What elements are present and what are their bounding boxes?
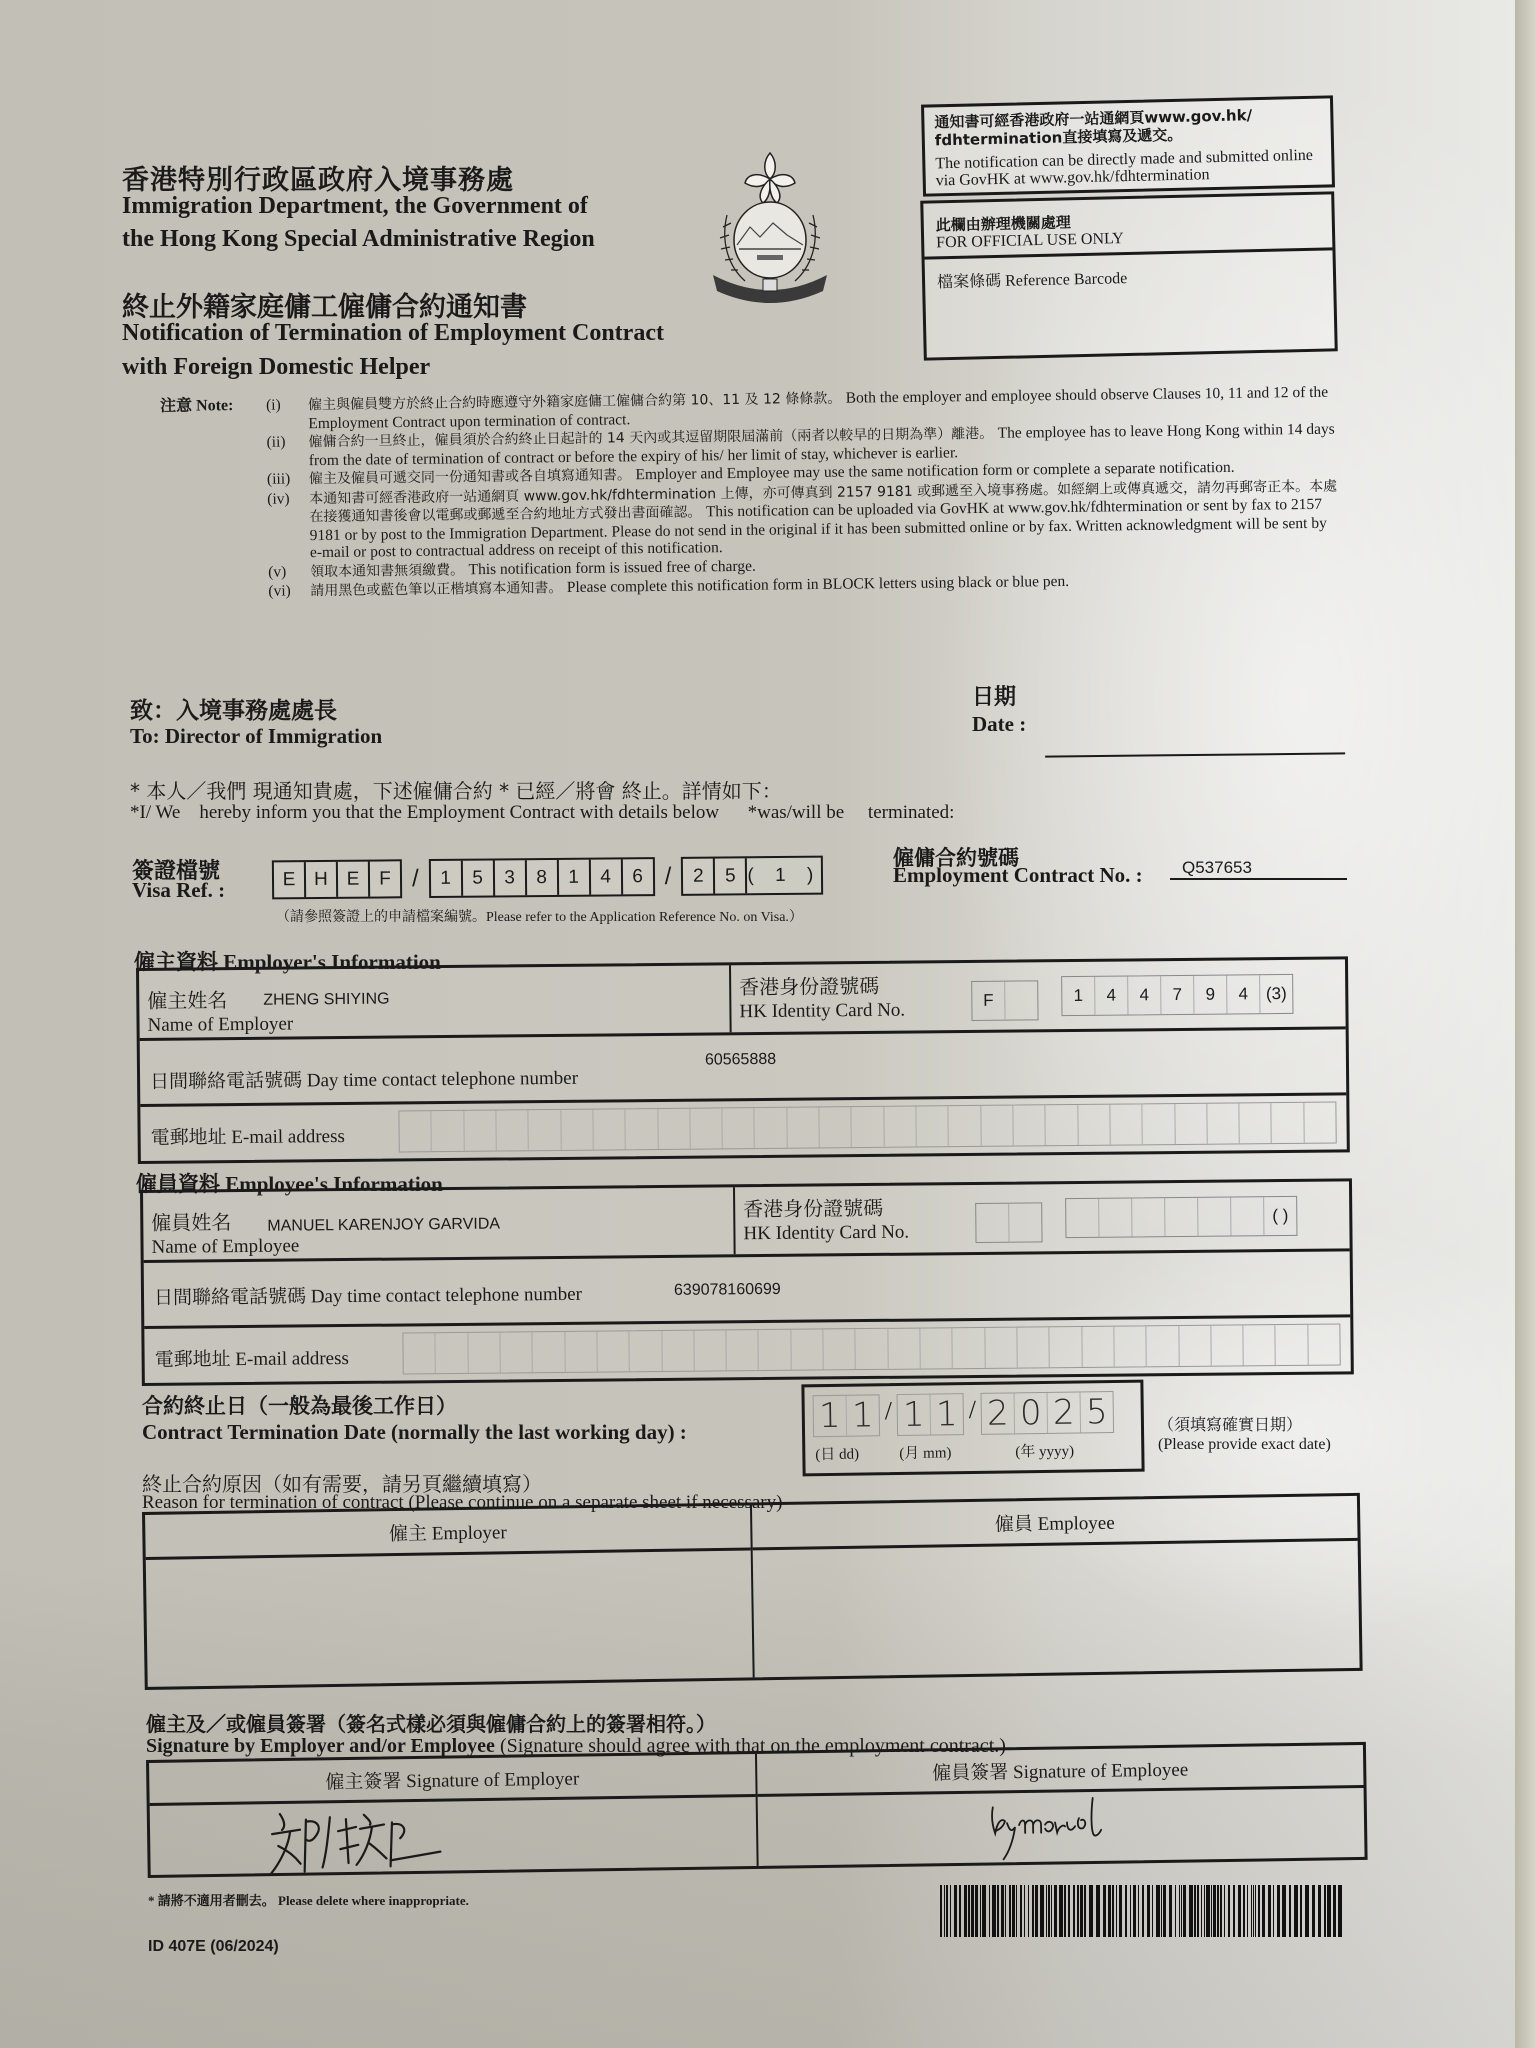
date-cell[interactable]: 1 <box>931 1394 964 1434</box>
employee-signature-icon <box>983 1791 1144 1865</box>
visa-ref-field[interactable]: EHEF / 1538146 / 25( 1 ) <box>272 856 824 900</box>
date-cell[interactable]: 5 <box>1081 1392 1114 1432</box>
date-cell[interactable]: 2 <box>1048 1392 1082 1432</box>
employee-info-table: 僱員姓名 MANUEL KARENJOY GARVIDA Name of Emp… <box>140 1178 1354 1386</box>
department-name-en-line2: the Hong Kong Special Administrative Reg… <box>122 226 595 253</box>
employer-id-digit-cells[interactable]: 144794(3) <box>1061 974 1293 1016</box>
visa-ref-cell[interactable]: 6 <box>623 859 653 894</box>
id-cell[interactable]: 4 <box>1128 976 1161 1014</box>
employee-id-label-cn: 香港身份證號碼 <box>743 1192 883 1222</box>
employer-name-input[interactable]: ZHENG SHIYING <box>263 991 389 1010</box>
contract-no-label-en: Employment Contract No. : <box>893 863 1143 888</box>
signature-table: 僱主簽署 Signature of Employer 僱員簽署 Signatur… <box>146 1742 1368 1878</box>
termination-year-cells[interactable]: 2025 <box>981 1391 1115 1435</box>
visa-ref-cell[interactable]: E <box>338 862 370 897</box>
form-id: ID 407E (06/2024) <box>148 1938 279 1956</box>
date-input[interactable] <box>1045 730 1345 757</box>
date-cell[interactable]: 2 <box>982 1393 1016 1433</box>
termination-date-label-cn: 合約終止日（一般為最後工作日） <box>142 1390 457 1420</box>
visa-ref-year-cells[interactable]: 25( 1 ) <box>681 856 823 896</box>
month-label: (月 mm) <box>899 1441 951 1463</box>
termination-date-field[interactable]: 11 / 11 / 2025 (日 dd) (月 mm) (年 yyyy) <box>801 1380 1144 1477</box>
reason-employer-input[interactable] <box>146 1550 753 1686</box>
employee-name-input[interactable]: MANUEL KARENJOY GARVIDA <box>267 1216 500 1236</box>
id-cell[interactable]: 4 <box>1095 976 1128 1014</box>
date-label-en: Date : <box>972 712 1026 737</box>
day-label: (日 dd) <box>815 1443 859 1465</box>
visa-ref-prefix-cells[interactable]: EHEF <box>272 859 402 899</box>
department-name-cn: 香港特別行政區政府入境事務處 <box>122 158 514 197</box>
id-cell[interactable] <box>1165 1198 1198 1236</box>
visa-ref-cell[interactable]: H <box>306 862 338 897</box>
visa-ref-cell[interactable]: 8 <box>527 860 559 895</box>
official-use-box: 此欄由辦理機關處理 FOR OFFICIAL USE ONLY 檔案條碼 Ref… <box>920 191 1338 360</box>
online-submission-notice: 通知書可經香港政府一站通網頁www.gov.hk/ fdhtermination… <box>921 95 1335 196</box>
employee-email-label: 電郵地址 E-mail address <box>154 1343 348 1372</box>
form-title-en-line2: with Foreign Domestic Helper <box>122 354 430 381</box>
note-number: (v) <box>268 563 286 581</box>
date-separator: / <box>969 1395 977 1425</box>
addressee-en: To: Director of Immigration <box>130 724 382 749</box>
id-cell[interactable]: ( ) <box>1264 1197 1296 1235</box>
employee-id-prefix-cells[interactable] <box>975 1202 1042 1243</box>
employee-phone-input[interactable]: 639078160699 <box>674 1281 781 1300</box>
signature-label-cn: 僱主及／或僱員簽署（簽名式樣必須與僱傭合約上的簽署相符。） <box>146 1708 716 1737</box>
id-cell[interactable]: 1 <box>1062 977 1095 1015</box>
employee-name-label-cn: 僱員姓名 <box>151 1206 231 1236</box>
id-cell[interactable]: F <box>972 982 1005 1020</box>
visa-ref-separator: / <box>412 865 419 893</box>
signature-label-en-main: Signature by Employer and/or Employee <box>146 1735 495 1757</box>
employer-id-label-en: HK Identity Card No. <box>739 1000 905 1024</box>
visa-ref-cell[interactable]: 2 <box>683 859 715 894</box>
employer-signature-field[interactable] <box>150 1797 757 1875</box>
visa-ref-cell[interactable]: 4 <box>591 859 623 894</box>
id-cell[interactable] <box>1231 1197 1264 1235</box>
note-text-en: This notification form is issued free of… <box>468 557 755 578</box>
date-label-cn: 日期 <box>972 680 1016 711</box>
online-notice-cn: 通知書可經香港政府一站通網頁www.gov.hk/ fdhtermination… <box>934 105 1321 150</box>
visa-ref-hint: （請參照簽證上的申請檔案編號。Please refer to the Appli… <box>276 906 803 926</box>
id-cell[interactable] <box>1132 1198 1165 1236</box>
employee-signature-field[interactable] <box>758 1788 1365 1866</box>
employer-email-label: 電郵地址 E-mail address <box>150 1121 344 1150</box>
termination-day-cells[interactable]: 11 <box>813 1394 881 1437</box>
visa-ref-number-cells[interactable]: 1538146 <box>429 857 655 898</box>
reason-employee-input[interactable] <box>753 1541 1360 1677</box>
inform-statement-cn: * 本人／我們 現通知貴處，下述僱傭合約 * 已經／將會 終止。詳情如下： <box>130 775 782 804</box>
year-label: (年 yyyy) <box>1015 1440 1074 1462</box>
online-notice-en: The notification can be directly made an… <box>935 147 1322 190</box>
id-cell[interactable]: 7 <box>1161 976 1194 1014</box>
id-cell[interactable] <box>1099 1198 1132 1236</box>
employee-id-label-en: HK Identity Card No. <box>743 1222 909 1246</box>
immigration-emblem-icon <box>705 145 835 305</box>
employee-name-label-en: Name of Employee <box>151 1235 299 1258</box>
id-cell[interactable] <box>1009 1203 1041 1241</box>
note-number: (iii) <box>267 470 290 488</box>
department-name-en-line1: Immigration Department, the Government o… <box>122 193 588 220</box>
exact-date-note-en: (Please provide exact date) <box>1158 1436 1331 1454</box>
form-title-en-line1: Notification of Termination of Employmen… <box>122 320 664 347</box>
employer-email-input[interactable] <box>398 1101 1336 1152</box>
employer-info-table: 僱主姓名 ZHENG SHIYING Name of Employer 香港身份… <box>136 956 1350 1164</box>
notes-section: 注意 Note: (i)僱主與僱員雙方於終止合約時應遵守外籍家庭傭工僱傭合約第 … <box>160 384 1342 604</box>
note-text-cn: 領取本通知書無須繳費。 <box>310 562 469 580</box>
visa-ref-cell[interactable]: E <box>274 862 306 897</box>
employee-phone-label: 日間聯絡電話號碼 Day time contact telephone numb… <box>154 1279 582 1310</box>
employer-phone-input[interactable]: 60565888 <box>705 1051 776 1070</box>
id-cell[interactable]: (3) <box>1260 975 1292 1013</box>
id-cell[interactable] <box>976 1204 1009 1242</box>
termination-date-label-en: Contract Termination Date (normally the … <box>142 1420 687 1445</box>
employer-id-prefix-cells[interactable]: F <box>971 980 1038 1021</box>
id-cell[interactable] <box>1198 1198 1231 1236</box>
delete-inappropriate-note: * 請將不適用者刪去。 Please delete where inapprop… <box>148 1890 469 1909</box>
form-barcode-icon <box>940 1885 1350 1937</box>
date-cell[interactable]: 1 <box>814 1396 848 1436</box>
date-separator: / <box>885 1396 893 1426</box>
id-cell[interactable] <box>1066 1199 1099 1237</box>
addressee-cn: 致：入境事務處處長 <box>130 692 337 725</box>
visa-ref-cell[interactable]: 5 <box>715 858 747 893</box>
date-cell[interactable]: 1 <box>898 1395 932 1435</box>
visa-ref-cell[interactable]: 1 <box>559 860 591 895</box>
employer-id-label-cn: 香港身份證號碼 <box>739 970 879 1000</box>
date-cell[interactable]: 1 <box>847 1395 880 1435</box>
note-text-cn: 請用黑色或藍色筆以正楷填寫本通知書。 <box>310 580 567 599</box>
visa-ref-cell[interactable]: 3 <box>495 860 527 895</box>
id-cell[interactable] <box>1005 981 1037 1019</box>
id-cell[interactable]: 4 <box>1227 975 1260 1013</box>
note-number: (ii) <box>266 433 285 451</box>
employer-name-label-cn: 僱主姓名 <box>147 984 227 1014</box>
employee-email-input[interactable] <box>402 1323 1340 1374</box>
contract-no-input[interactable]: Q537653 <box>1170 858 1347 880</box>
inform-statement-en: *I/ We hereby inform you that the Employ… <box>130 802 954 824</box>
exact-date-note-cn: （須填寫確實日期） <box>1158 1412 1302 1435</box>
visa-ref-cell[interactable]: F <box>370 861 400 896</box>
id-cell[interactable]: 9 <box>1194 976 1227 1014</box>
note-number: (iv) <box>267 490 290 508</box>
visa-ref-cell[interactable]: 5 <box>463 860 495 895</box>
visa-ref-separator: / <box>665 862 672 890</box>
reason-table: 僱主 Employer 僱員 Employee <box>142 1493 1363 1690</box>
note-text-cn: 僱主及僱員可遞交同一份通知書或各自填寫通知書。 <box>309 467 636 487</box>
form-title-cn: 終止外籍家庭傭工僱傭合約通知書 <box>122 285 527 324</box>
visa-ref-check-digit[interactable]: ( 1 ) <box>747 858 821 894</box>
background-surface <box>1515 0 1536 2048</box>
reference-barcode-label: 檔案條碼 Reference Barcode <box>925 250 1334 302</box>
date-cell[interactable]: 0 <box>1015 1393 1049 1433</box>
employer-signature-icon <box>260 1803 461 1878</box>
termination-month-cells[interactable]: 11 <box>897 1393 965 1436</box>
employer-phone-label: 日間聯絡電話號碼 Day time contact telephone numb… <box>150 1063 578 1094</box>
note-item: (iv)本通知書可經香港政府一站通網頁 www.gov.hk/fdhtermin… <box>161 477 1342 563</box>
employee-id-digit-cells[interactable]: ( ) <box>1065 1196 1297 1238</box>
note-number: (vi) <box>268 582 291 600</box>
note-number: (i) <box>266 397 281 415</box>
visa-ref-label-en: Visa Ref. : <box>132 878 225 903</box>
employer-name-label-en: Name of Employer <box>147 1013 293 1036</box>
visa-ref-cell[interactable]: 1 <box>431 861 463 896</box>
